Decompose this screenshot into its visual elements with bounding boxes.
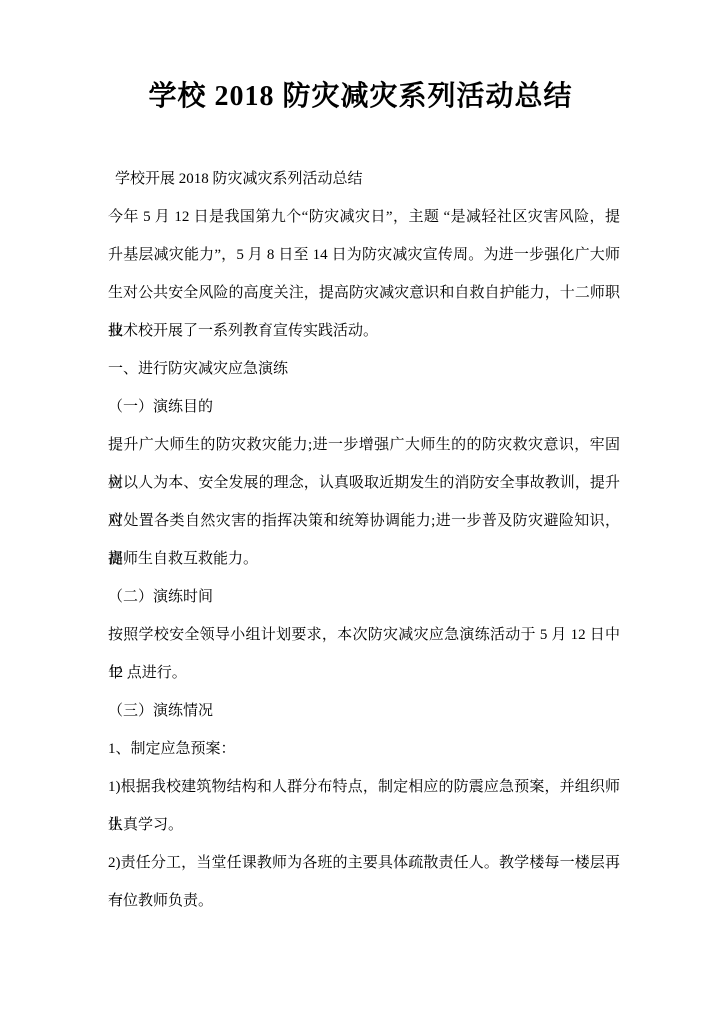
document-line: 认真学习。 xyxy=(108,806,620,844)
document-page: 学校 2018 防灾减灾系列活动总结 学校开展 2018 防灾减灾系列活动总结 … xyxy=(0,0,721,1020)
document-subheading: （三）演练情况 xyxy=(108,692,620,730)
document-heading: 一、进行防灾减灾应急演练 xyxy=(108,350,620,388)
document-list-item: 1、制定应急预案： xyxy=(108,730,620,768)
document-line: 立以人为本、安全发展的理念，认真吸取近期发生的消防安全事故教训，提升应 xyxy=(108,464,620,502)
document-line: 生对公共安全风险的高度关注，提高防灾减灾意识和自救自护能力，十二师职业 xyxy=(108,274,620,312)
document-line: 1)根据我校建筑物结构和人群分布特点，制定相应的防震应急预案，并组织师生 xyxy=(108,768,620,806)
document-line: 高师生自救互救能力。 xyxy=(108,540,620,578)
document-line: 对处置各类自然灾害的指挥决策和统筹协调能力;进一步普及防灾避险知识，提 xyxy=(108,502,620,540)
document-line: 一位教师负责。 xyxy=(108,882,620,920)
document-body: 学校开展 2018 防灾减灾系列活动总结 今年 5 月 12 日是我国第九个“防… xyxy=(108,160,620,920)
document-line: 12 点进行。 xyxy=(108,654,620,692)
document-line: 学校开展 2018 防灾减灾系列活动总结 xyxy=(108,160,620,198)
document-line: 提升广大师生的防灾救灾能力;进一步增强广大师生的的防灾救灾意识，牢固树 xyxy=(108,426,620,464)
document-line: 今年 5 月 12 日是我国第九个“防灾减灾日”，主题 “是减轻社区灾害风险，提 xyxy=(108,198,620,236)
document-subheading: （一）演练目的 xyxy=(108,388,620,426)
document-line: 升基层减灾能力”，5 月 8 日至 14 日为防灾减灾宣传周。为进一步强化广大师 xyxy=(108,236,620,274)
document-line: 2)责任分工，当堂任课教师为各班的主要具体疏散责任人。教学楼每一楼层再有 xyxy=(108,844,620,882)
document-line: 技术校开展了一系列教育宣传实践活动。 xyxy=(108,312,620,350)
document-subheading: （二）演练时间 xyxy=(108,578,620,616)
document-line: 按照学校安全领导小组计划要求，本次防灾减灾应急演练活动于 5 月 12 日中午 xyxy=(108,616,620,654)
document-title: 学校 2018 防灾减灾系列活动总结 xyxy=(0,76,721,118)
